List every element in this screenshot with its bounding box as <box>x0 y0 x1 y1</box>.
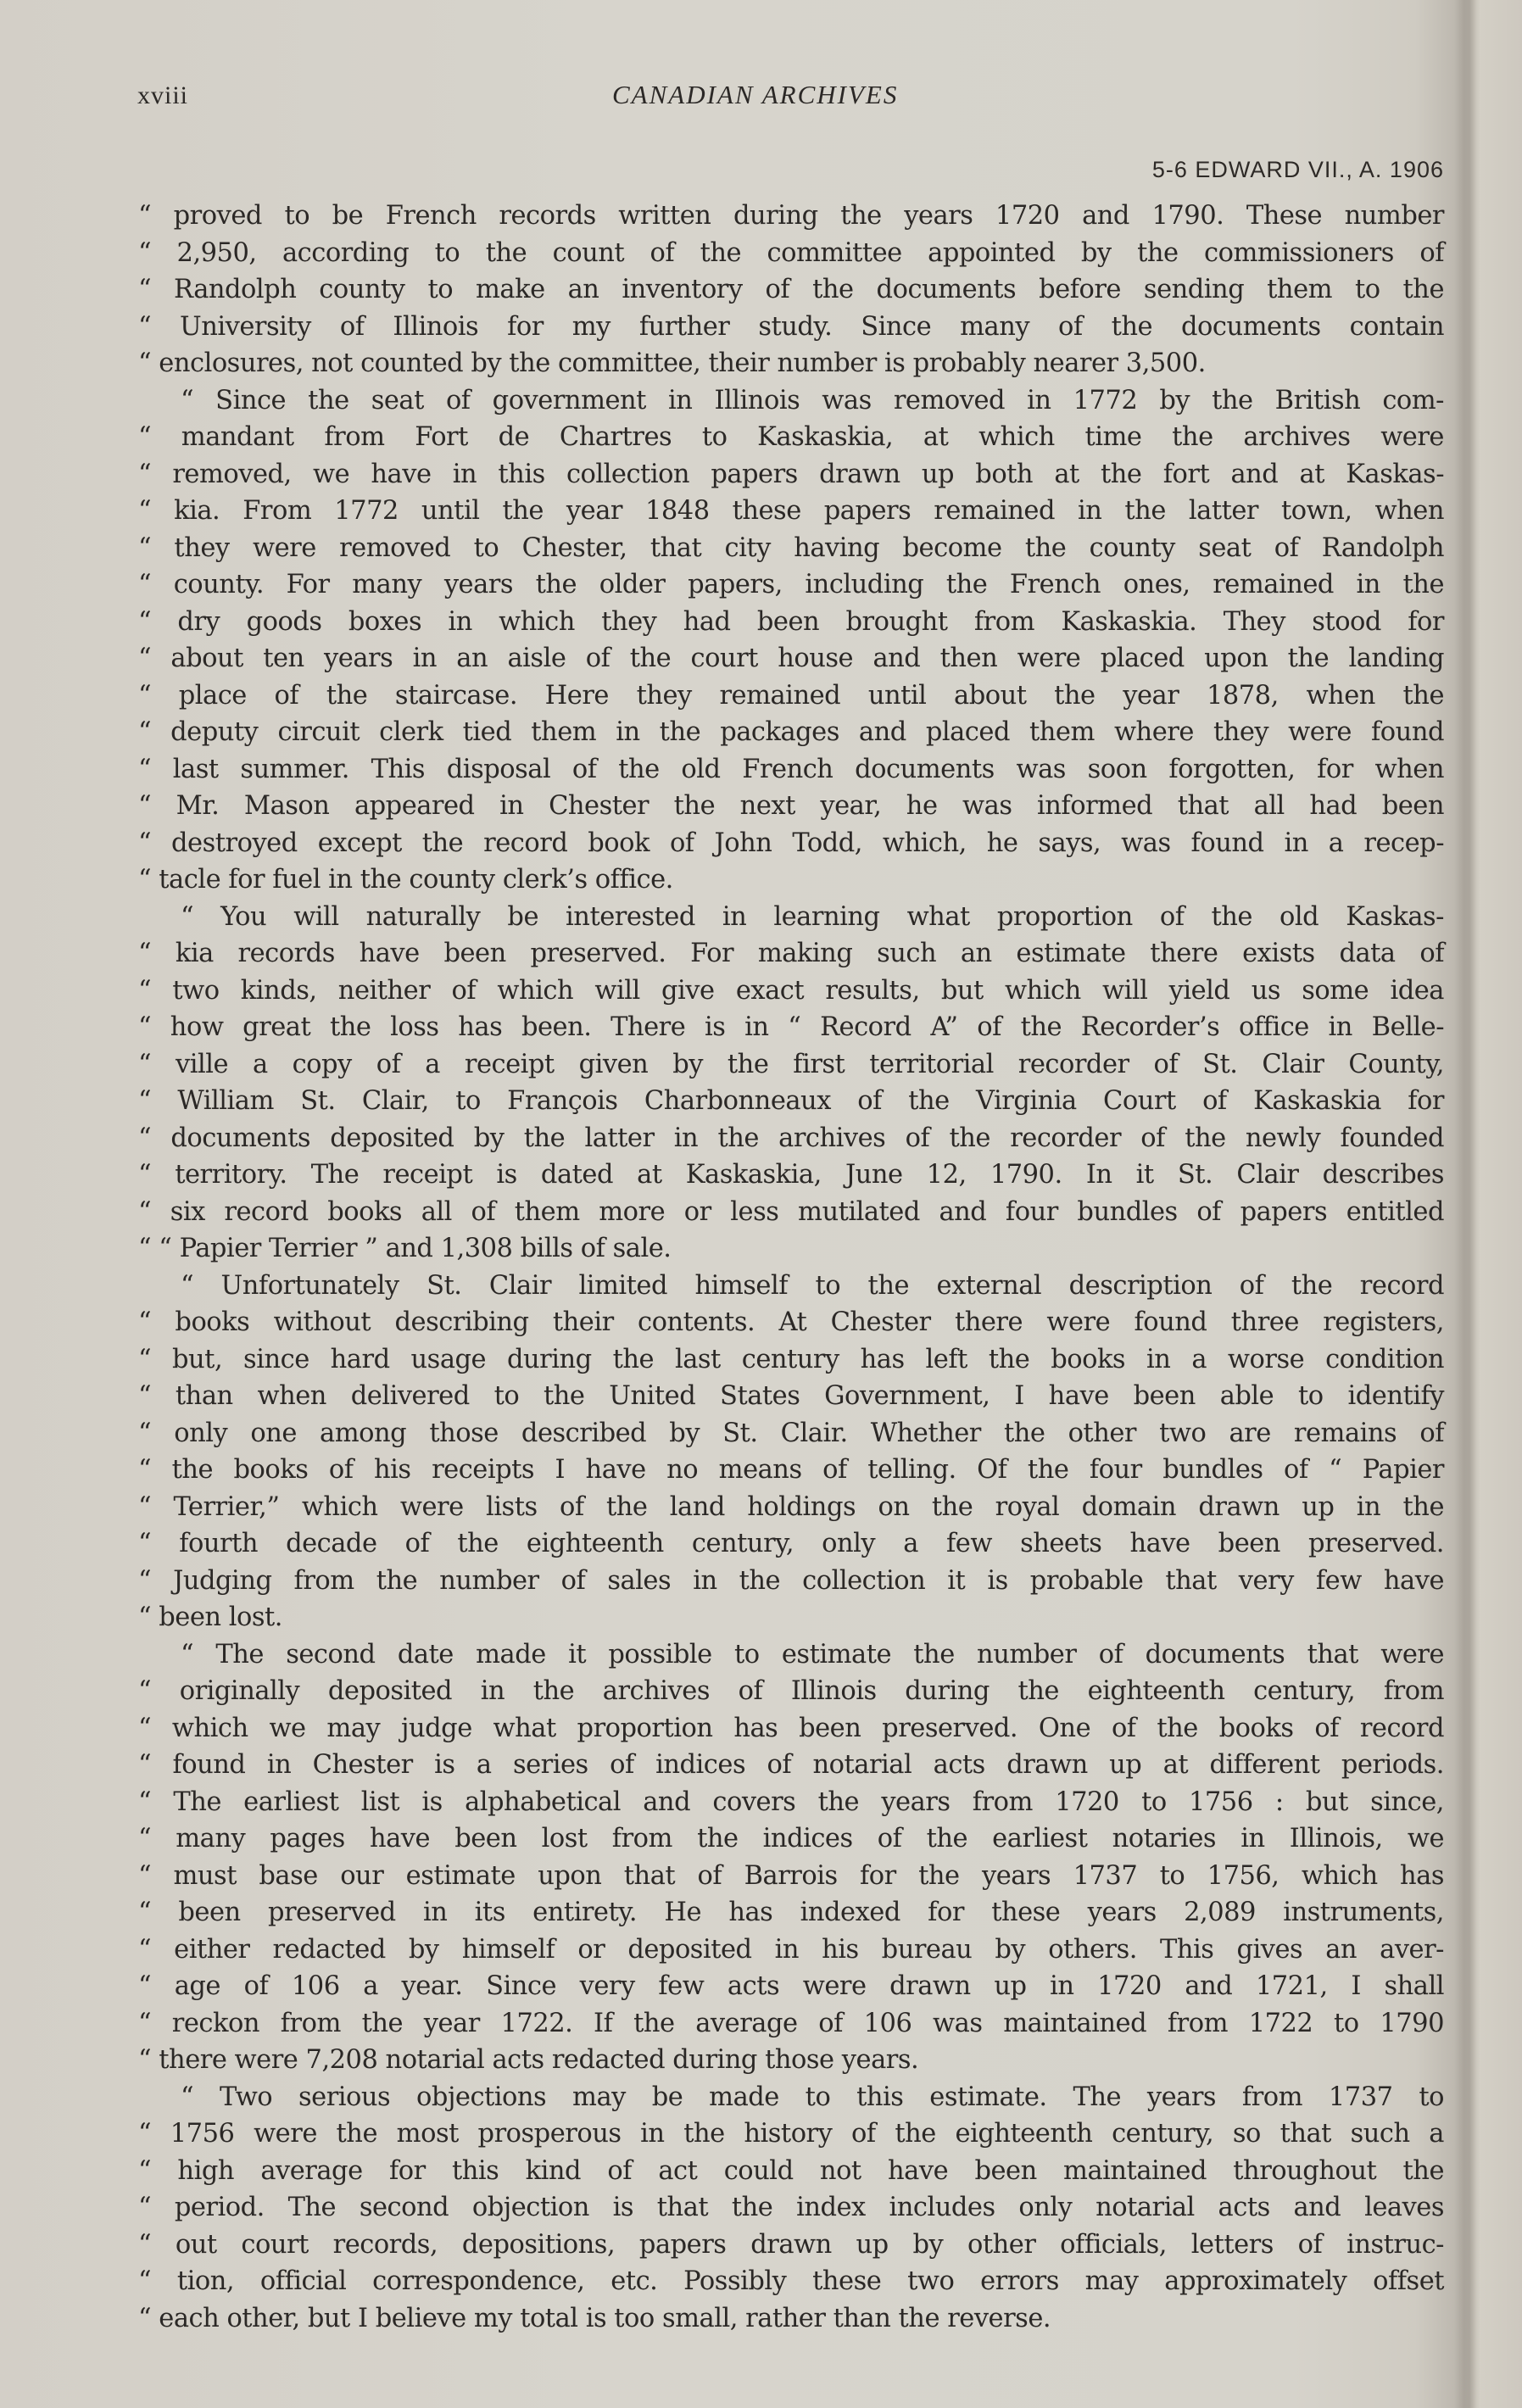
text-line: “ dry goods boxes in which they had been… <box>138 604 1444 641</box>
text-line: “ must base our estimate upon that of Ba… <box>138 1858 1444 1895</box>
text-line: “ which we may judge what proportion has… <box>138 1710 1444 1747</box>
text-line: “ county. For many years the older paper… <box>138 566 1444 604</box>
paragraph-first-line: “ Unfortunately St. Clair limited himsel… <box>138 1268 1444 1305</box>
text-line: “ many pages have been lost from the ind… <box>138 1820 1444 1858</box>
paragraph-first-line: “ You will naturally be interested in le… <box>138 899 1444 936</box>
text-line: “ they were removed to Chester, that cit… <box>138 530 1444 567</box>
text-line: “ deputy circuit clerk tied them in the … <box>138 714 1444 751</box>
text-line: “ about ten years in an aisle of the cou… <box>138 640 1444 677</box>
text-line: “ enclosures, not counted by the committ… <box>138 345 1444 382</box>
text-line: “ William St. Clair, to François Charbon… <box>138 1083 1444 1120</box>
text-line: “ out court records, depositions, papers… <box>138 2227 1444 2264</box>
running-head: xviii CANADIAN ARCHIVES <box>137 81 1443 115</box>
text-line: “ six record books all of them more or l… <box>138 1194 1444 1231</box>
text-line: “ tacle for fuel in the county clerk’s o… <box>138 861 1444 899</box>
text-line: “ Terrier,” which were lists of the land… <box>138 1489 1444 1526</box>
text-line: “ removed, we have in this collection pa… <box>138 456 1444 493</box>
session-line: 5-6 EDWARD VII., A. 1906 <box>1152 157 1444 183</box>
text-line: “ mandant from Fort de Chartres to Kaska… <box>138 419 1444 456</box>
text-line: “ books without describing their content… <box>138 1304 1444 1341</box>
text-line: “ destroyed except the record book of Jo… <box>138 825 1444 862</box>
text-line: “ 1756 were the most prosperous in the h… <box>138 2115 1444 2153</box>
text-line: “ Judging from the number of sales in th… <box>138 1563 1444 1600</box>
text-line: “ territory. The receipt is dated at Kas… <box>138 1157 1444 1194</box>
text-line: “ University of Illinois for my further … <box>138 309 1444 346</box>
text-line: “ ville a copy of a receipt given by the… <box>138 1046 1444 1084</box>
text-line: “ period. The second objection is that t… <box>138 2189 1444 2227</box>
text-line: “ been preserved in its entirety. He has… <box>138 1894 1444 1931</box>
text-line: “ how great the loss has been. There is … <box>138 1009 1444 1046</box>
text-line: “ high average for this kind of act coul… <box>138 2153 1444 2190</box>
paragraph-first-line: “ Since the seat of government in Illino… <box>138 382 1444 420</box>
text-line: “ proved to be French records written du… <box>138 198 1444 235</box>
page-number: xviii <box>137 81 188 110</box>
text-line: “ Randolph county to make an inventory o… <box>138 271 1444 309</box>
text-line: “ each other, but I believe my total is … <box>138 2300 1444 2338</box>
text-line: “ The earliest list is alphabetical and … <box>138 1784 1444 1821</box>
text-line: “ “ Papier Terrier ” and 1,308 bills of … <box>138 1230 1444 1268</box>
document-page: xviii CANADIAN ARCHIVES 5-6 EDWARD VII.,… <box>0 0 1522 2408</box>
text-line: “ only one among those described by St. … <box>138 1415 1444 1452</box>
text-line: “ last summer. This disposal of the old … <box>138 751 1444 789</box>
text-line: “ found in Chester is a series of indice… <box>138 1747 1444 1784</box>
text-line: “ place of the staircase. Here they rema… <box>138 677 1444 715</box>
text-line: “ the books of his receipts I have no me… <box>138 1452 1444 1489</box>
text-line: “ Mr. Mason appeared in Chester the next… <box>138 788 1444 825</box>
text-line: “ fourth decade of the eighteenth centur… <box>138 1525 1444 1563</box>
text-line: “ but, since hard usage during the last … <box>138 1341 1444 1379</box>
binding-shadow <box>1454 0 1480 2408</box>
text-line: “ tion, official correspondence, etc. Po… <box>138 2263 1444 2300</box>
text-line: “ documents deposited by the latter in t… <box>138 1120 1444 1157</box>
text-line: “ originally deposited in the archives o… <box>138 1673 1444 1710</box>
journal-title: CANADIAN ARCHIVES <box>612 80 898 110</box>
text-line: “ been lost. <box>138 1599 1444 1636</box>
text-line: “ there were 7,208 notarial acts redacte… <box>138 2042 1444 2079</box>
text-line: “ two kinds, neither of which will give … <box>138 973 1444 1010</box>
paragraph-first-line: “ Two serious objections may be made to … <box>138 2079 1444 2116</box>
paragraph-first-line: “ The second date made it possible to es… <box>138 1636 1444 1674</box>
body-text: “ proved to be French records written du… <box>138 198 1444 2337</box>
text-line: “ reckon from the year 1722. If the aver… <box>138 2005 1444 2043</box>
text-line: “ age of 106 a year. Since very few acts… <box>138 1968 1444 2005</box>
text-line: “ either redacted by himself or deposite… <box>138 1931 1444 1969</box>
text-line: “ kia records have been preserved. For m… <box>138 935 1444 973</box>
text-line: “ kia. From 1772 until the year 1848 the… <box>138 493 1444 530</box>
text-line: “ 2,950, according to the count of the c… <box>138 235 1444 272</box>
text-line: “ than when delivered to the United Stat… <box>138 1378 1444 1415</box>
